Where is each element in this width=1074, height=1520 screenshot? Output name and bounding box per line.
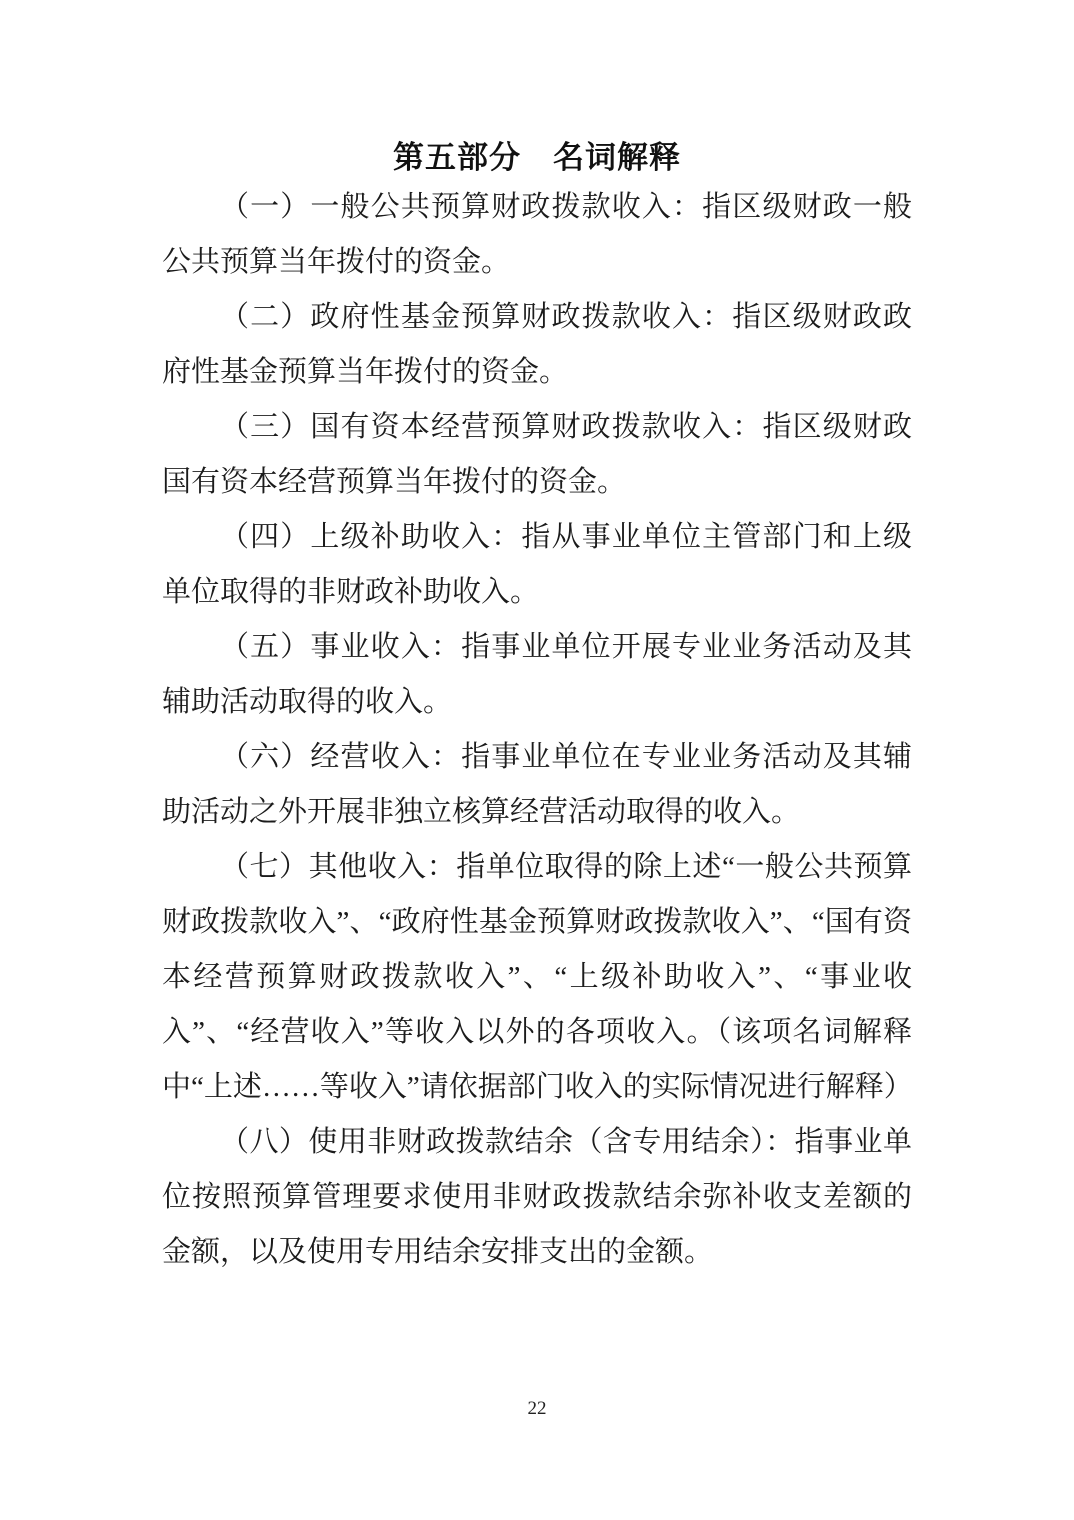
glossary-item-1: （一）一般公共预算财政拨款收入：指区级财政一般公共预算当年拨付的资金。 xyxy=(162,180,912,290)
glossary-item-5: （五）事业收入：指事业单位开展专业业务活动及其辅助活动取得的收入。 xyxy=(162,620,912,730)
glossary-item-4: （四）上级补助收入：指从事业单位主管部门和上级单位取得的非财政补助收入。 xyxy=(162,510,912,620)
glossary-item-6: （六）经营收入：指事业单位在专业业务活动及其辅助活动之外开展非独立核算经营活动取… xyxy=(162,730,912,840)
glossary-item-2: （二）政府性基金预算财政拨款收入：指区级财政政府性基金预算当年拨付的资金。 xyxy=(162,290,912,400)
page-content: 第五部分 名词解释 （一）一般公共预算财政拨款收入：指区级财政一般公共预算当年拨… xyxy=(162,136,912,1280)
glossary-paragraphs: （一）一般公共预算财政拨款收入：指区级财政一般公共预算当年拨付的资金。 （二）政… xyxy=(162,180,912,1280)
glossary-item-3: （三）国有资本经营预算财政拨款收入：指区级财政国有资本经营预算当年拨付的资金。 xyxy=(162,400,912,510)
glossary-item-8: （八）使用非财政拨款结余（含专用结余）：指事业单位按照预算管理要求使用非财政拨款… xyxy=(162,1115,912,1280)
section-title: 第五部分 名词解释 xyxy=(162,136,912,180)
page-number: 22 xyxy=(0,1398,1074,1420)
document-page: 第五部分 名词解释 （一）一般公共预算财政拨款收入：指区级财政一般公共预算当年拨… xyxy=(0,0,1074,1520)
glossary-item-7: （七）其他收入：指单位取得的除上述“一般公共预算财政拨款收入”、“政府性基金预算… xyxy=(162,840,912,1115)
